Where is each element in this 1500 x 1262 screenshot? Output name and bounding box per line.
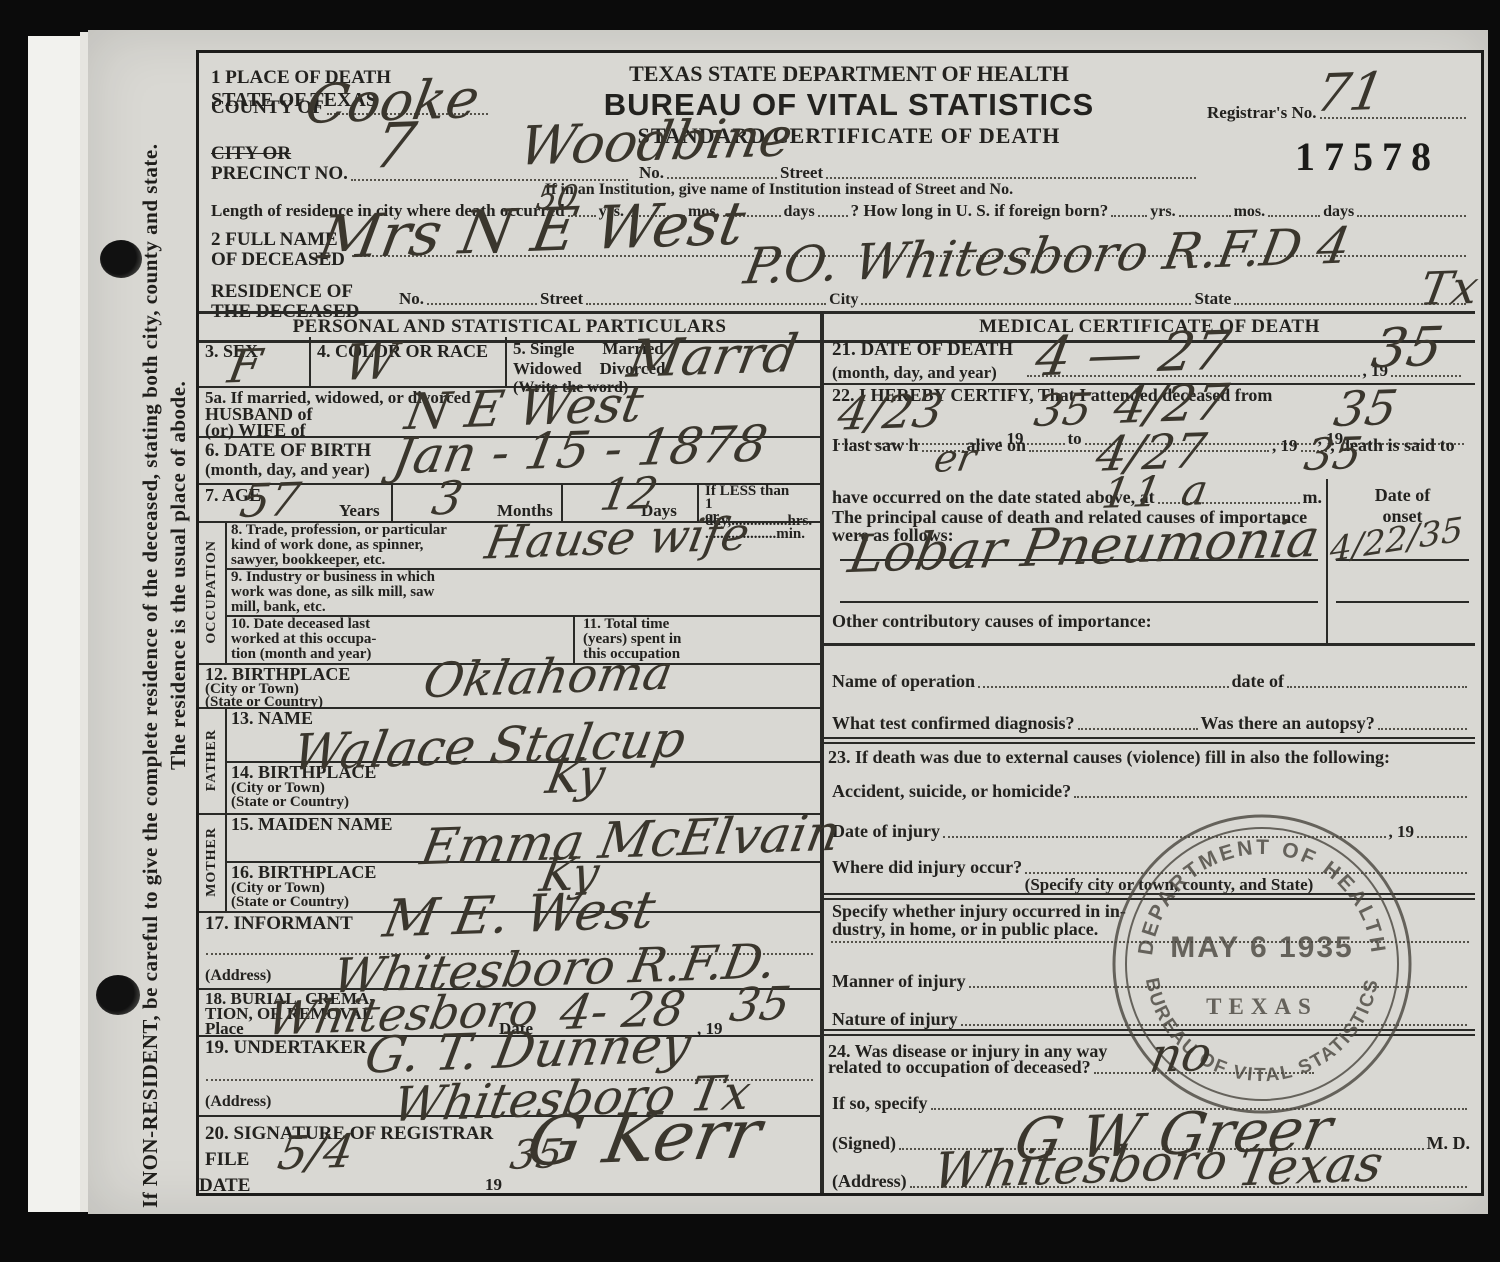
- row-operation: Name of operation date of: [832, 671, 1470, 692]
- certificate-number: 17578: [1295, 133, 1440, 180]
- fill: [1111, 213, 1147, 217]
- certify-year2-handwriting: 35: [1331, 384, 1401, 434]
- street-fill-line: [826, 175, 1196, 179]
- registrar-no-handwriting: 71: [1312, 66, 1388, 120]
- residence-city-label: City: [829, 291, 858, 309]
- mother-side-label: MOTHER: [199, 813, 227, 913]
- mother-side-text: MOTHER: [204, 827, 220, 897]
- file-label: FILE: [205, 1149, 249, 1171]
- stamp-state: TEXAS: [1206, 994, 1318, 1019]
- fill: [586, 301, 826, 305]
- last-saw-her-handwriting: er: [931, 438, 979, 477]
- fill: [1268, 213, 1320, 217]
- fill: [978, 684, 1229, 688]
- hole-punch-top: [100, 240, 142, 278]
- dob-label1: 6. DATE OF BIRTH: [205, 440, 371, 462]
- cause-handwriting: Lobar Pneumonia: [845, 513, 1323, 581]
- no-fill-line: [667, 175, 777, 179]
- residence-label1: RESIDENCE OF: [211, 281, 353, 303]
- days-label: days: [784, 203, 815, 221]
- residence-street-label: Street: [540, 289, 583, 309]
- hole-punch-bottom: [96, 975, 140, 1015]
- dod-label2: (month, day, and year): [832, 363, 997, 383]
- burial-year-handwriting: 35: [727, 980, 794, 1028]
- single-label: 5. Single: [513, 339, 574, 358]
- age-years-handwriting: 57: [237, 476, 304, 524]
- contributory-label: Other contributory causes of importance:: [832, 611, 1152, 632]
- registrar-signature-handwriting: G Kerr: [522, 1101, 766, 1177]
- q24-label2: related to occupation of deceased?: [828, 1057, 1091, 1078]
- occurred-time-handwriting: 11 a: [1099, 469, 1215, 515]
- department-title: TEXAS STATE DEPARTMENT OF HEALTH: [529, 61, 1169, 87]
- fill: [1078, 726, 1198, 730]
- last-saw-year-handwriting: 35: [1301, 432, 1365, 478]
- widowed-label: Widowed: [513, 359, 582, 378]
- certify-from-handwriting: 4/23: [835, 387, 947, 437]
- fill: [818, 213, 848, 217]
- date-label: DATE: [199, 1175, 250, 1197]
- injury-date-label: Date of injury: [832, 821, 940, 842]
- page-edge-strip: [28, 36, 88, 1212]
- file-date-handwriting: 5/4: [275, 1128, 358, 1177]
- physician-address-state-handwriting: Texas: [1234, 1139, 1387, 1194]
- injury-nature-label: Nature of injury: [832, 1009, 958, 1030]
- registrar-year-prefix: 19: [485, 1175, 502, 1195]
- fill: [1179, 213, 1231, 217]
- fill: [427, 301, 537, 305]
- operation-label: Name of operation: [832, 671, 975, 692]
- father-bp-label3: (State or Country): [231, 794, 349, 811]
- certify-to-handwriting: 4/27: [1110, 377, 1232, 431]
- age-years-label: Years: [339, 501, 380, 521]
- operation-date-label: date of: [1232, 671, 1285, 692]
- trade-label3: sawyer, bookkeeper, etc.: [231, 552, 385, 569]
- informant-handwriting: M E. West: [379, 884, 658, 945]
- mos2-label: mos.: [1234, 203, 1266, 221]
- physician-address-label: (Address): [832, 1171, 907, 1192]
- mother-bp-label3: (State or Country): [231, 894, 349, 911]
- fill: [861, 301, 1191, 305]
- race-handwriting: W: [340, 336, 401, 388]
- race-label: 4. COLOR OR RACE: [317, 341, 488, 362]
- fill: [1378, 726, 1467, 730]
- divider: [505, 337, 507, 386]
- residence-city-handwriting: P.O. Whitesboro R.F.D 4: [741, 221, 1354, 292]
- q24-handwriting: no: [1147, 1030, 1216, 1080]
- row-accident: Accident, suicide, or homicide?: [832, 781, 1470, 802]
- stamp-date: MAY 6 1935: [1170, 931, 1353, 964]
- onset-line2: [1336, 601, 1469, 603]
- signed-label: (Signed): [832, 1133, 896, 1154]
- double-rule-1: [824, 737, 1475, 744]
- row-industry: 9. Industry or business in which work wa…: [227, 568, 820, 617]
- divider: [309, 337, 311, 386]
- residence-state-handwriting: Tx: [1417, 264, 1482, 312]
- full-name-handwriting: Mrs N E West: [314, 194, 749, 269]
- occupation-side-label: OCCUPATION: [199, 521, 227, 665]
- father-name-handwriting: Walace Stalcup: [289, 714, 689, 778]
- fill: [1357, 213, 1466, 217]
- margin-note-line1: If NON-RESIDENT, be careful to give the …: [138, 58, 163, 1208]
- precinct-place-handwriting: Woodbine: [515, 110, 796, 173]
- divider: [391, 483, 393, 521]
- mother-name-handwriting: Emma McElvain: [417, 808, 844, 872]
- margin-note-line2: The residence is the usual place of abod…: [166, 92, 191, 770]
- row-test: What test confirmed diagnosis? Was there…: [832, 713, 1470, 734]
- certificate-form: 1 PLACE OF DEATH STATE OF TEXAS COUNTY O…: [196, 50, 1484, 1196]
- last-worked-label3: tion (month and year): [231, 646, 371, 663]
- md-label: M. D.: [1427, 1133, 1471, 1154]
- father-side-text: FATHER: [204, 729, 220, 791]
- fill: [1417, 834, 1467, 838]
- physician-address-city-handwriting: Whitesboro: [930, 1136, 1232, 1196]
- informant-address-label: (Address): [205, 967, 271, 985]
- cause-write-line2: [840, 601, 1318, 603]
- scanned-death-certificate: If NON-RESIDENT, be careful to give the …: [0, 0, 1500, 1262]
- precinct-no-label: PRECINCT NO.: [211, 163, 348, 185]
- yrs2-label: yrs.: [1150, 203, 1175, 221]
- fill: [1287, 684, 1467, 688]
- registrar-no-label: Registrar's No.: [1207, 103, 1317, 123]
- autopsy-label: Was there an autopsy?: [1201, 713, 1375, 734]
- industry-label3: mill, bank, etc.: [231, 599, 326, 616]
- marital-handwriting: Marrd: [624, 328, 802, 386]
- occupation-side-text: OCCUPATION: [204, 540, 220, 644]
- residence-state-label: State: [1194, 289, 1231, 309]
- occurred-post: m.: [1303, 487, 1323, 508]
- test-label: What test confirmed diagnosis?: [832, 713, 1075, 734]
- birthplace-handwriting: Oklahoma: [420, 649, 677, 706]
- fill: [1074, 794, 1467, 798]
- last-saw-year-prefix: , 19: [1272, 436, 1298, 456]
- father-side-label: FATHER: [199, 707, 227, 815]
- mother-name-label: 15. MAIDEN NAME: [231, 814, 393, 835]
- external-causes-label: 23. If death was due to external causes …: [828, 747, 1476, 768]
- dod-year-handwriting: 35: [1368, 320, 1447, 376]
- certify-year1-handwriting: 35: [1031, 388, 1095, 434]
- informant-label: 17. INFORMANT: [205, 913, 353, 935]
- foreign-born-question: ? How long in U. S. if foreign born?: [851, 201, 1109, 221]
- undertaker-address-label: (Address): [205, 1093, 271, 1111]
- onset-label1: Date of: [1328, 485, 1477, 506]
- injury-manner-label: Manner of injury: [832, 971, 966, 992]
- trade-handwriting: Hause wife: [482, 510, 753, 565]
- accident-label: Accident, suicide, or homicide?: [832, 781, 1071, 802]
- if-so-label: If so, specify: [832, 1093, 928, 1114]
- residence-no-label: No.: [399, 289, 424, 309]
- injury-specify-label2: dustry, in home, or in public place.: [832, 919, 1098, 940]
- father-bp-handwriting: Ky: [543, 752, 609, 800]
- dod-label1: 21. DATE OF DEATH: [832, 339, 1013, 361]
